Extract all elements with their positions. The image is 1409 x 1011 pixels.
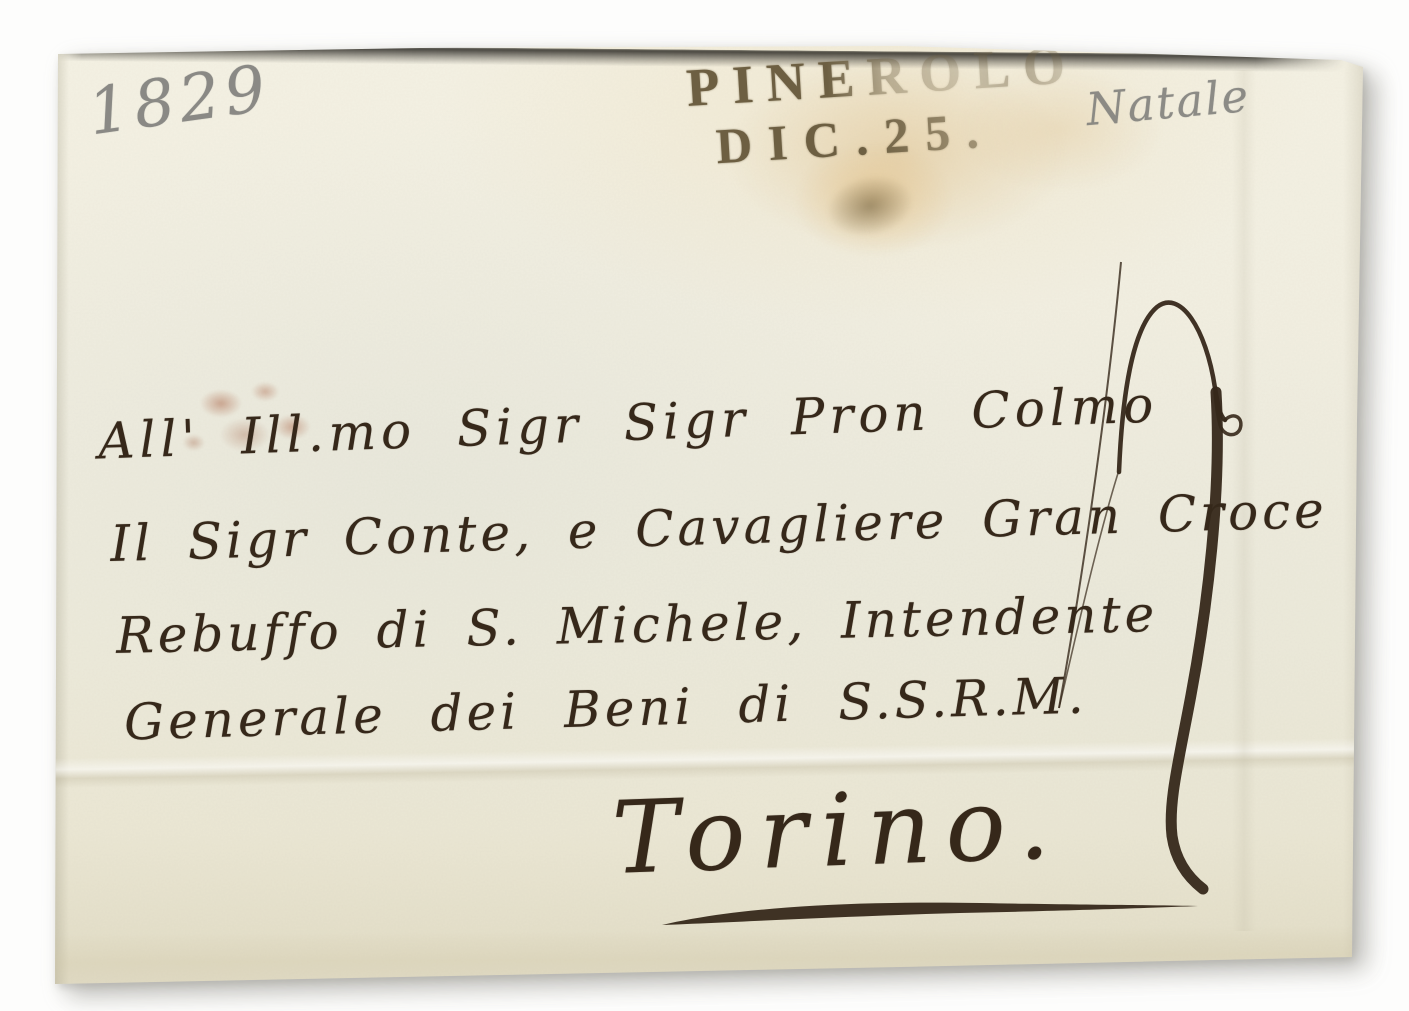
paper-bottom-fold-band bbox=[55, 925, 1359, 986]
scan-background: 1829 Natale PINEROLO DIC.25. All' Ill.mo… bbox=[0, 0, 1409, 1011]
letter-paper: 1829 Natale PINEROLO DIC.25. All' Ill.mo… bbox=[0, 0, 1409, 1011]
torino-underline bbox=[662, 903, 1198, 925]
year-pencil-annotation: 1829 bbox=[84, 52, 275, 151]
address-line-4: Generale dei Beni di S.S.R.M. bbox=[123, 669, 1088, 751]
address-line-2: Il Sigr Conte, e Cavagliere Gran Croce bbox=[109, 483, 1328, 572]
postal-rate-mark bbox=[1059, 262, 1241, 889]
paper-left-edge-shade bbox=[55, 54, 69, 985]
pinerolo-postmark: PINEROLO DIC.25. bbox=[685, 36, 1083, 176]
letter-paper-shadow-wrap: 1829 Natale PINEROLO DIC.25. All' Ill.mo… bbox=[0, 0, 1409, 1011]
address-line-3: Rebuffo di S. Michele, Intendente bbox=[116, 587, 1159, 664]
destination-city: Torino. bbox=[610, 768, 1065, 894]
paper-right-edge-shade bbox=[1343, 60, 1365, 971]
